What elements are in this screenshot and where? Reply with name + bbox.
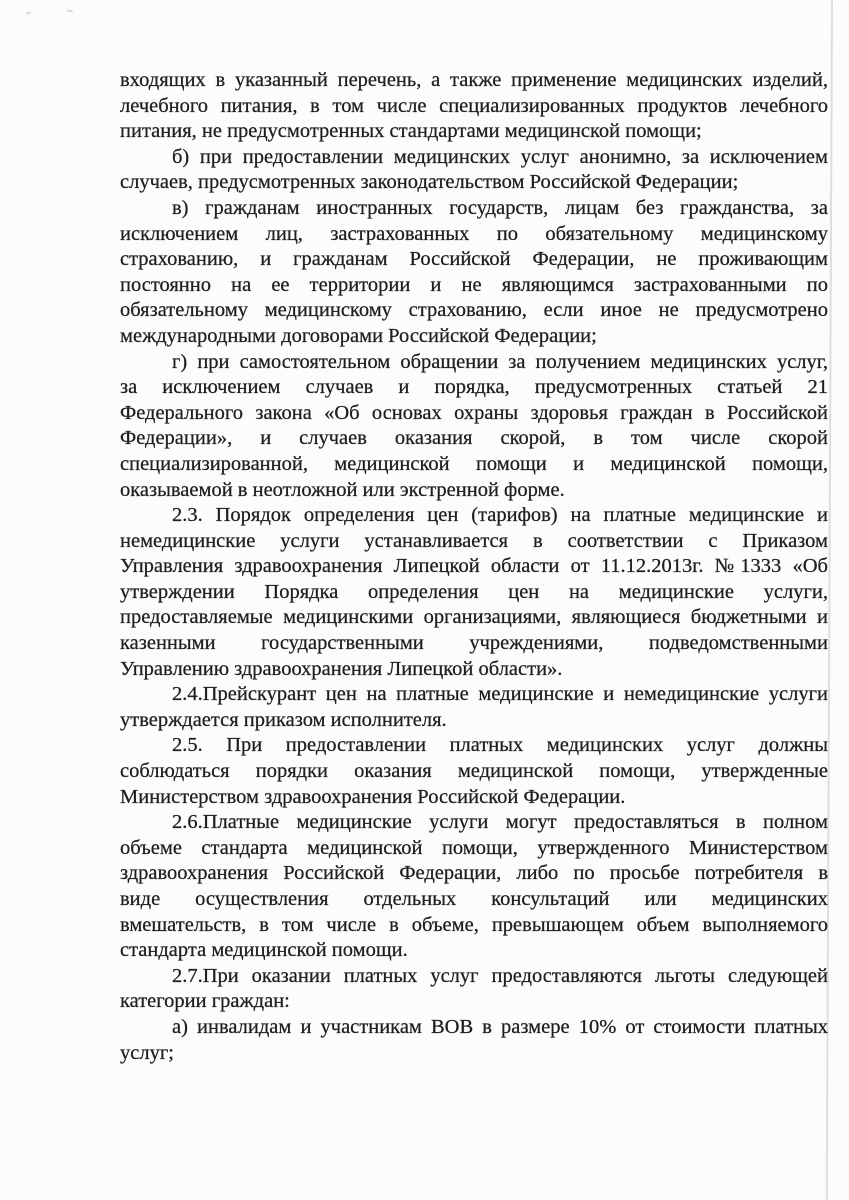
text-line: объеме стандарта медицинской помощи, утв… [120,836,828,862]
text-line: Министерством здравоохранения Российской… [120,785,828,811]
text-line: казенными государственными учреждениями,… [120,631,828,657]
text-line: в) гражданам иностранных государств, лиц… [120,196,828,222]
text-line: Федерации», и случаев оказания скорой, в… [120,426,828,452]
text-line: входящих в указанный перечень, а также п… [120,68,828,94]
paragraph: а) инвалидам и участникам ВОВ в размере … [120,1015,828,1066]
text-line: международными договорами Российской Фед… [120,324,828,350]
text-line: услуг; [120,1041,828,1067]
text-line: за исключением случаев и порядка, предус… [120,375,828,401]
text-line: категории граждан: [120,989,828,1015]
paragraph: б) при предоставлении медицинских услуг … [120,145,828,196]
text-line: случаев, предусмотренных законодательств… [120,170,828,196]
text-line: 2.5. При предоставлении платных медицинс… [120,733,828,759]
paragraph: 2.5. При предоставлении платных медицинс… [120,733,828,810]
text-line: постоянно на ее территории и не являющим… [120,273,828,299]
paragraph: 2.4.Прейскурант цен на платные медицинск… [120,682,828,733]
text-line: оказываемой в неотложной или экстренной … [120,478,828,504]
text-line: стандарта медицинской помощи. [120,938,828,964]
text-line: виде осуществления отдельных консультаци… [120,887,828,913]
text-line: соблюдаться порядки оказания медицинской… [120,759,828,785]
text-line: питания, не предусмотренных стандартами … [120,119,828,145]
text-line: Управления здравоохранения Липецкой обла… [120,554,828,580]
text-line: б) при предоставлении медицинских услуг … [120,145,828,171]
text-line: утверждается приказом исполнителя. [120,708,828,734]
paragraph: 2.3. Порядок определения цен (тарифов) н… [120,503,828,682]
scanned-document-page: входящих в указанный перечень, а также п… [0,0,849,1200]
text-line: 2.7.При оказании платных услуг предостав… [120,964,828,990]
text-line: лечебного питания, в том числе специализ… [120,94,828,120]
paragraph: 2.7.При оказании платных услуг предостав… [120,964,828,1015]
text-line: вмешательств, в том числе в объеме, прев… [120,913,828,939]
text-line: 2.4.Прейскурант цен на платные медицинск… [120,682,828,708]
text-line: обязательному медицинскому страхованию, … [120,298,828,324]
paragraph: 2.6.Платные медицинские услуги могут пре… [120,810,828,964]
text-line: здравоохранения Российской Федерации, ли… [120,861,828,887]
text-line: страхованию, и гражданам Российской Феде… [120,247,828,273]
paragraph: входящих в указанный перечень, а также п… [120,68,828,145]
text-line: немедицинские услуги устанавливается в с… [120,529,828,555]
text-line: специализированной, медицинской помощи и… [120,452,828,478]
text-line: Управлению здравоохранения Липецкой обла… [120,657,828,683]
document-text: входящих в указанный перечень, а также п… [120,68,828,1066]
text-line: Федерального закона «Об основах охраны з… [120,401,828,427]
text-line: 2.3. Порядок определения цен (тарифов) н… [120,503,828,529]
text-line: исключением лиц, застрахованных по обяза… [120,222,828,248]
paragraph: г) при самостоятельном обращении за полу… [120,350,828,504]
text-line: предоставляемые медицинскими организация… [120,605,828,631]
text-line: а) инвалидам и участникам ВОВ в размере … [120,1015,828,1041]
paragraph: в) гражданам иностранных государств, лиц… [120,196,828,350]
text-line: г) при самостоятельном обращении за полу… [120,350,828,376]
text-line: 2.6.Платные медицинские услуги могут пре… [120,810,828,836]
scan-speck [26,11,31,14]
text-line: утверждении Порядка определения цен на м… [120,580,828,606]
scan-speck [67,10,73,13]
